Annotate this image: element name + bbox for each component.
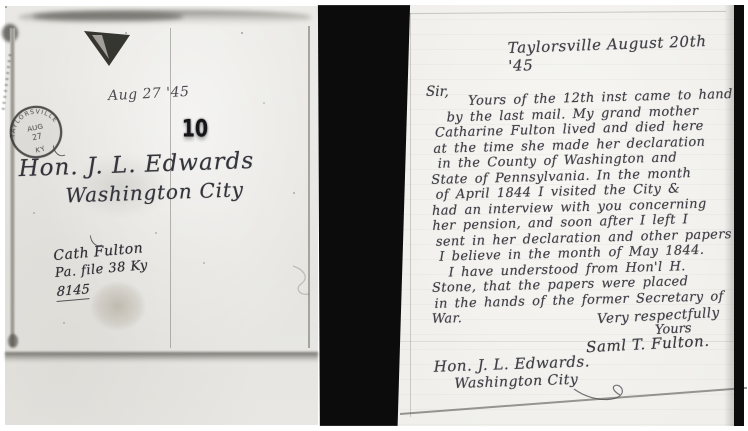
manuscript-date-note: Aug 27 '45	[108, 84, 190, 104]
postage-rate-stamp: 10	[182, 114, 208, 143]
paper-specks	[5, 6, 7, 8]
envelope-top-shadow	[33, 12, 183, 21]
page-crease-line	[396, 341, 736, 342]
docket-number: 8145	[57, 282, 90, 302]
letter-scan: Taylorsville August 20th '45 Sir, Yours …	[396, 5, 736, 426]
envelope-fold-line	[10, 28, 15, 346]
paper-stain	[91, 282, 145, 330]
addressee-city: Washington City	[454, 371, 591, 392]
faint-ink-curl	[289, 264, 313, 300]
scanned-letter-document: TAYLORSVILLE KY AUG 27 Aug 27 '45 10 Hon…	[0, 0, 748, 431]
page-edge-line	[404, 11, 726, 14]
envelope-torn-notch	[83, 26, 133, 70]
letter-dateline: Taylorsville August 20th '45	[507, 31, 736, 75]
letter-body: Yours of the 12th inst came to hand by t…	[426, 87, 748, 328]
scan-edge-strip	[734, 5, 744, 426]
letter-addressee: Hon. J. L. Edwards. Washington City	[433, 352, 590, 392]
scan-divider-strip	[316, 0, 412, 431]
envelope-bottom-shadow	[5, 352, 318, 363]
page-edge-line	[410, 13, 411, 417]
recipient-city: Washington City	[65, 177, 255, 208]
signature-flourish	[572, 383, 636, 405]
envelope-scan: TAYLORSVILLE KY AUG 27 Aug 27 '45 10 Hon…	[5, 6, 318, 425]
letter-signature: Saml T. Fulton.	[586, 332, 710, 356]
ink-blot	[8, 334, 18, 348]
recipient-address: Hon. J. L. Edwards Washington City	[18, 148, 255, 209]
